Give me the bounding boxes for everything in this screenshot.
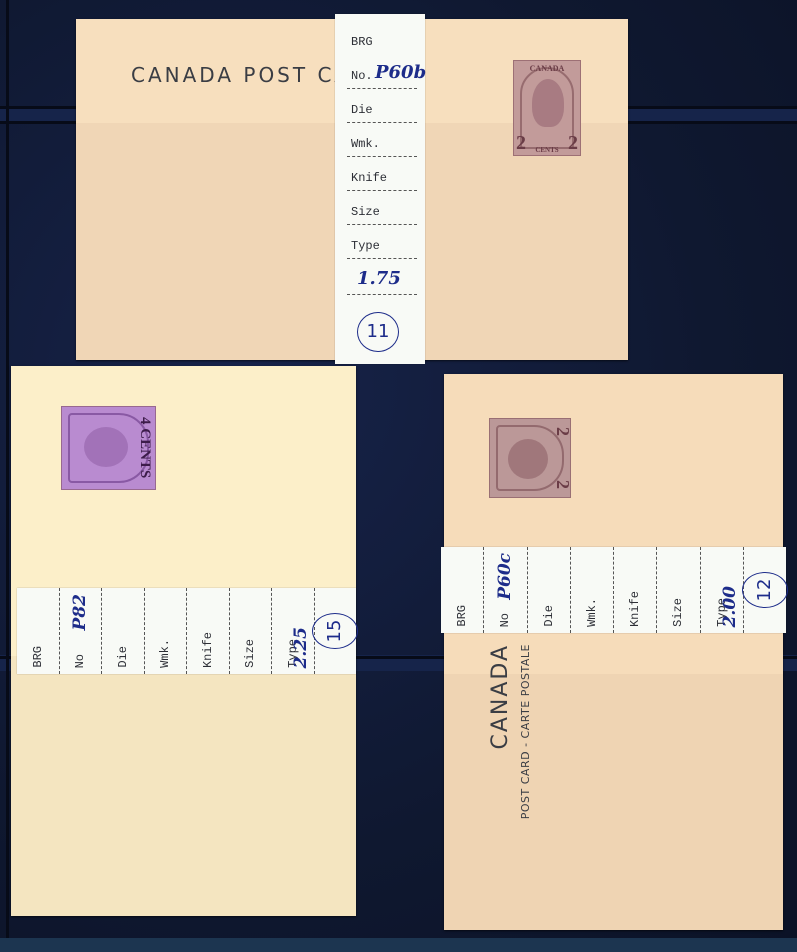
album-bottom-band: [0, 938, 797, 952]
surcharge-overprint: 4 CENTS: [135, 407, 153, 489]
label-field-lot: 12: [744, 547, 786, 633]
field-name: Type: [351, 239, 380, 253]
dealer-label: BRG No. P60b Die Wmk. Knife Size Type 1.…: [335, 14, 425, 364]
label-field-type: Type 2.00: [701, 547, 744, 633]
label-field-size: Size: [657, 547, 700, 633]
field-name: No: [73, 654, 87, 668]
field-name: Size: [351, 205, 380, 219]
catalog-number: P60b: [375, 62, 426, 83]
field-name: Wmk.: [158, 639, 172, 668]
lot-number: 12: [742, 572, 788, 608]
label-field-brg: BRG: [17, 588, 60, 674]
label-field-knife: Knife: [187, 588, 230, 674]
stamp-country: CANADA: [514, 64, 580, 73]
field-name: Size: [243, 639, 257, 668]
label-field-wmk: Wmk.: [347, 122, 417, 157]
card-heading: CANADA: [488, 644, 513, 750]
field-name: BRG: [351, 35, 373, 49]
imprinted-stamp: 4 CENTS: [61, 406, 156, 490]
label-field-no: No P60c: [484, 547, 527, 633]
stamp-denomination: 2: [568, 132, 578, 155]
stamp-denomination: 2: [552, 427, 573, 436]
label-field-lot: 15: [315, 588, 357, 674]
field-name: Size: [671, 598, 685, 627]
label-field-knife: Knife: [347, 156, 417, 191]
field-name: BRG: [455, 605, 469, 627]
king-portrait-icon: [84, 427, 128, 467]
label-field-die: Die: [102, 588, 145, 674]
card-shade: [11, 656, 356, 916]
price: 2.25: [291, 627, 311, 668]
dealer-label: BRG No P82 Die Wmk. Knife Size Type 2.25: [17, 588, 356, 674]
imprinted-stamp: 2 2: [489, 418, 571, 498]
label-field-size: Size: [230, 588, 273, 674]
card-subheading: POST CARD - CARTE POSTALE: [519, 644, 532, 819]
album-edge-line: [6, 0, 9, 952]
king-portrait-icon: [532, 79, 564, 127]
postcard-p60b: CANADA POST CARD CANADA 2 CENTS 2 BRG No…: [76, 19, 628, 360]
dealer-label: BRG No P60c Die Wmk. Knife Size Type 2.0…: [441, 547, 786, 633]
label-field-wmk: Wmk.: [571, 547, 614, 633]
field-name: Wmk.: [585, 598, 599, 627]
field-name: Die: [116, 646, 130, 668]
label-field-die: Die: [528, 547, 571, 633]
label-field-type: Type 2.25: [272, 588, 315, 674]
label-field-die: Die: [347, 88, 417, 123]
stamp-denomination: 2: [552, 480, 573, 489]
label-field-size: Size: [347, 190, 417, 225]
label-field-brg: BRG: [441, 547, 484, 633]
field-name: Die: [351, 103, 373, 117]
label-field-type: Type: [347, 224, 417, 259]
label-field-wmk: Wmk.: [145, 588, 188, 674]
catalog-number: P60c: [495, 553, 515, 600]
price: 2.00: [720, 586, 740, 627]
label-field-price: 1.75: [347, 260, 417, 295]
field-name: Knife: [628, 591, 642, 627]
field-name: No: [498, 613, 512, 627]
label-field-knife: Knife: [614, 547, 657, 633]
label-field-no: No P82: [60, 588, 103, 674]
imprinted-stamp: CANADA 2 CENTS 2: [513, 60, 581, 156]
postcard-p82: 4 CENTS BRG No P82 Die Wmk. Knife Size: [11, 366, 356, 916]
field-name: BRG: [31, 646, 45, 668]
field-name: Knife: [351, 171, 387, 185]
catalog-number: P82: [70, 594, 90, 630]
king-portrait-icon: [508, 439, 548, 479]
label-field-brg: BRG: [347, 20, 417, 54]
price: 1.75: [357, 268, 401, 289]
lot-number: 15: [312, 613, 358, 649]
label-field-no: No. P60b: [347, 54, 417, 89]
field-name: Knife: [201, 632, 215, 668]
field-name: Wmk.: [351, 137, 380, 151]
lot-number: 11: [357, 312, 399, 352]
field-name: Die: [542, 605, 556, 627]
field-name: No.: [351, 69, 373, 83]
postcard-p60c: 2 2 CANADA POST CARD - CARTE POSTALE BRG…: [444, 374, 783, 930]
